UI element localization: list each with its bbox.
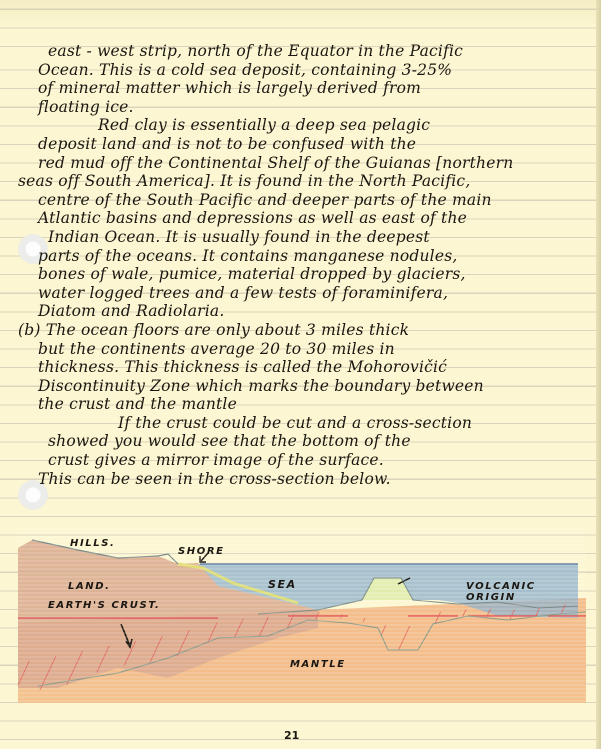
text-line: deposit land and is not to be confused w… bbox=[28, 135, 588, 154]
label-shore: SHORE bbox=[178, 546, 225, 557]
text-line: water logged trees and a few tests of fo… bbox=[28, 284, 588, 303]
text-line: This can be seen in the cross-section be… bbox=[28, 470, 588, 489]
page-edge bbox=[596, 0, 601, 749]
text-line: Ocean. This is a cold sea deposit, conta… bbox=[28, 61, 588, 80]
label-earths-crust: EARTH'S CRUST. bbox=[48, 600, 160, 611]
text-line: showed you would see that the bottom of … bbox=[28, 432, 588, 451]
text-line: Diatom and Radiolaria. bbox=[28, 302, 588, 321]
text-line: Atlantic basins and depressions as well … bbox=[28, 209, 588, 228]
label-volcanic-origin: VOLCANIC ORIGIN bbox=[466, 581, 586, 603]
label-land: LAND. bbox=[68, 581, 111, 592]
text-line: If the crust could be cut and a cross-se… bbox=[28, 414, 588, 433]
label-hills: HILLS. bbox=[70, 538, 115, 549]
text-line: bones of wale, pumice, material dropped … bbox=[28, 265, 588, 284]
text-line: Indian Ocean. It is usually found in the… bbox=[28, 228, 588, 247]
text-line: centre of the South Pacific and deeper p… bbox=[28, 191, 588, 210]
text-line: parts of the oceans. It contains mangane… bbox=[28, 247, 588, 266]
handwritten-notes: east - west strip, north of the Equator … bbox=[28, 42, 588, 488]
text-line: east - west strip, north of the Equator … bbox=[28, 42, 588, 61]
text-line: crust gives a mirror image of the surfac… bbox=[28, 451, 588, 470]
text-line: but the continents average 20 to 30 mile… bbox=[28, 340, 588, 359]
text-line: thickness. This thickness is called the … bbox=[28, 358, 588, 377]
text-line: floating ice. bbox=[28, 98, 588, 117]
cross-section-drawing bbox=[18, 528, 586, 703]
label-sea: SEA bbox=[268, 578, 297, 591]
text-line: seas off South America]. It is found in … bbox=[18, 172, 588, 191]
text-line: of mineral matter which is largely deriv… bbox=[28, 79, 588, 98]
text-line: Red clay is essentially a deep sea pelag… bbox=[28, 116, 588, 135]
text-line: the crust and the mantle bbox=[28, 395, 588, 414]
label-mantle: MANTLE bbox=[290, 659, 346, 670]
text-line: Discontinuity Zone which marks the bound… bbox=[28, 377, 588, 396]
text-line: (b) The ocean floors are only about 3 mi… bbox=[18, 321, 588, 340]
text-line: red mud off the Continental Shelf of the… bbox=[28, 154, 588, 173]
page-number: 21 bbox=[284, 729, 299, 742]
crust-cross-section-diagram: HILLS. SHORE LAND. SEA VOLCANIC ORIGIN E… bbox=[18, 528, 586, 703]
